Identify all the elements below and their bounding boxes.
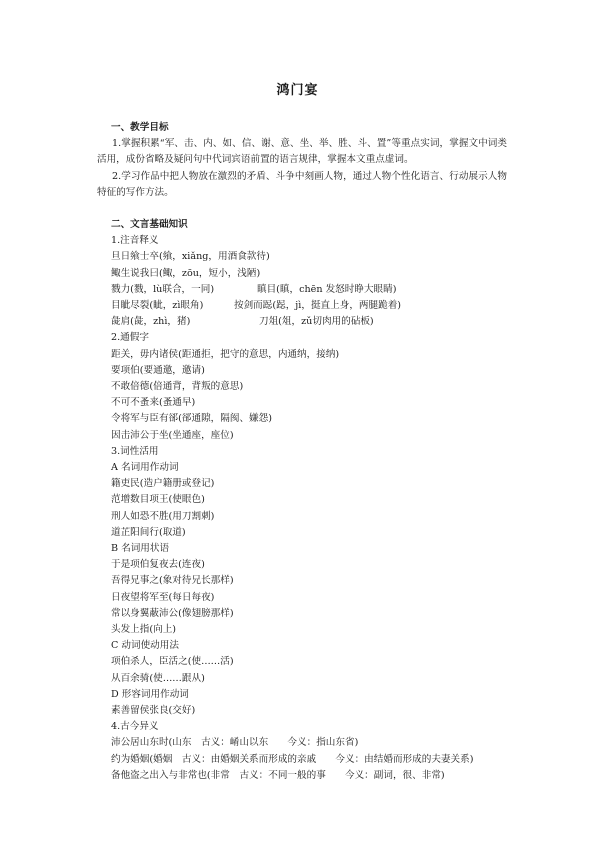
list-item: 项伯杀人，臣活之(使……活) <box>97 654 507 670</box>
group-label: B 名词用状语 <box>97 541 507 557</box>
list-item: 瞋目(瞋，chēn 发怒时睁大眼睛) <box>257 282 396 298</box>
list-item-pair: 目眦尽裂(眦，zì眼角) 按剑而跽(跽，jì，挺直上身，两腿跪着) <box>97 298 507 314</box>
list-item: 从百余骑(使……跟从) <box>97 671 507 687</box>
list-item: 不敢倍德(倍通背，背叛的意思) <box>97 379 507 395</box>
list-item: 令将军与臣有郤(郤通隙，隔阂、嫌怨) <box>97 411 507 427</box>
list-item: 要项伯(要通邀，邀请) <box>97 363 507 379</box>
group-label: A 名词用作动词 <box>97 460 507 476</box>
section-heading-basics: 二、文言基础知识 <box>97 217 507 233</box>
list-item: 彘肩(彘，zhì，猪) <box>111 316 190 327</box>
list-item: 范增数目项王(使眼色) <box>97 492 507 508</box>
group-label: D 形容词用作动词 <box>97 687 507 703</box>
list-item: 备他盗之出入与非常也(非常 古义：不同一般的事 今义：副词，很、非常) <box>97 768 507 784</box>
list-item: 于是项伯复夜去(连夜) <box>97 557 507 573</box>
list-item: 鲰生说我曰(鲰，zōu，短小，浅陋) <box>97 266 507 282</box>
document-page: 鸿门宴 一、教学目标 1.掌握积累“军、击、内、如、信、谢、意、坐、举、胜、斗、… <box>0 0 595 841</box>
list-item: 刑人如恐不胜(用刀割刺) <box>97 509 507 525</box>
list-item: 沛公居山东时(山东 古义：崤山以东 今义：指山东省) <box>97 735 507 751</box>
subsection-label-pronunciation: 1.注音释义 <box>97 233 507 249</box>
list-item: 常以身翼蔽沛公(像翅膀那样) <box>97 606 507 622</box>
list-item: 旦日飨士卒(飨，xiǎng，用酒食款待) <box>97 249 507 265</box>
paragraph-goal-2: 2.学习作品中把人物放在激烈的矛盾、斗争中刻画人物，通过人物个性化语言、行动展示… <box>97 169 507 201</box>
paragraph-goal-1: 1.掌握积累“军、击、内、如、信、谢、意、坐、举、胜、斗、置”等重点实词，掌握文… <box>97 136 507 168</box>
subsection-label-word-class: 3.词性活用 <box>97 444 507 460</box>
list-item: 头发上指(向上) <box>97 622 507 638</box>
list-item: 吾得兄事之(象对待兄长那样) <box>97 573 507 589</box>
list-item: 戮力(戮，lù联合，一同) <box>111 284 214 295</box>
page-title: 鸿门宴 <box>0 79 595 98</box>
list-item: 按剑而跽(跽，jì，挺直上身，两腿跪着) <box>234 298 401 314</box>
list-item: 因击沛公于坐(坐通座，座位) <box>97 428 507 444</box>
list-item: 道芷阳间行(取道) <box>97 525 507 541</box>
list-item: 籍吏民(造户籍册或登记) <box>97 476 507 492</box>
list-item: 素善留侯张良(交好) <box>97 703 507 719</box>
subsection-label-interchangeable-chars: 2.通假字 <box>97 330 507 346</box>
list-item-pair: 彘肩(彘，zhì，猪) 刀俎(俎，zǔ切肉用的砧板) <box>97 314 507 330</box>
section-heading-teaching-goals: 一、教学目标 <box>97 120 507 136</box>
list-item: 日夜望将军至(每日每夜) <box>97 590 507 606</box>
group-label: C 动词使动用法 <box>97 638 507 654</box>
list-item: 约为婚姻(婚姻 古义：由婚姻关系而形成的亲戚 今义：由结婚而形成的夫妻关系) <box>97 752 507 768</box>
list-item: 距关，毋内诸侯(距通拒，把守的意思，内通纳，接纳) <box>97 347 507 363</box>
subsection-label-ancient-modern-meaning: 4.古今异义 <box>97 719 507 735</box>
list-item-pair: 戮力(戮，lù联合，一同) 瞋目(瞋，chēn 发怒时睁大眼睛) <box>97 282 507 298</box>
list-item: 不可不蚤来(蚤通早) <box>97 395 507 411</box>
document-body: 一、教学目标 1.掌握积累“军、击、内、如、信、谢、意、坐、举、胜、斗、置”等重… <box>97 120 507 784</box>
spacer <box>97 201 507 217</box>
list-item: 刀俎(俎，zǔ切肉用的砧板) <box>259 314 374 330</box>
list-item: 目眦尽裂(眦，zì眼角) <box>111 300 203 311</box>
